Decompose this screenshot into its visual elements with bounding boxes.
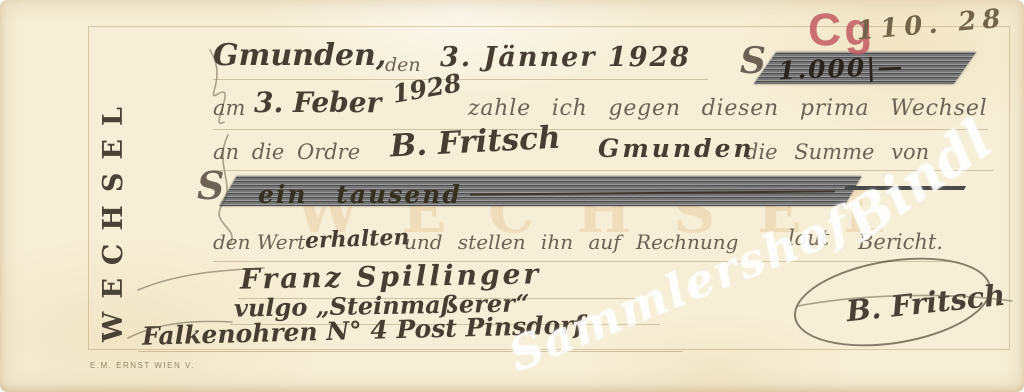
printed-wert: den Wert bbox=[213, 230, 305, 254]
vertical-title: WECHSEL bbox=[98, 92, 129, 342]
issue-date: 3. Jänner 1928 bbox=[440, 42, 691, 73]
due-date: 3. Feber bbox=[254, 86, 381, 119]
printed-den: den bbox=[385, 54, 421, 76]
baseline-rule bbox=[213, 129, 988, 130]
hand-erhalten: erhalten bbox=[305, 224, 410, 254]
printed-am: am bbox=[213, 96, 245, 120]
amount-figures: 1.000|— bbox=[778, 52, 905, 85]
currency-symbol-words: S bbox=[197, 163, 224, 208]
printer-imprint: E.M. ERNST WIEN V. bbox=[90, 361, 195, 370]
printed-stellen-clause: und stellen ihn auf Rechnung bbox=[404, 230, 738, 254]
baseline-rule bbox=[138, 351, 683, 352]
wechsel-document-scan: WECHSEL WECHSEL Gmunden, den 3. Jänner 1… bbox=[0, 0, 1024, 392]
printed-zahle-clause: zahle ich gegen diesen prima Wechsel bbox=[468, 96, 988, 121]
currency-symbol-top: S bbox=[740, 40, 766, 82]
place-name: Gmunden, bbox=[213, 38, 386, 73]
printed-ordre-prefix: an die Ordre bbox=[213, 140, 360, 164]
amount-in-words: ein tausend bbox=[258, 180, 462, 209]
payee-place: Gmunden bbox=[598, 134, 755, 163]
